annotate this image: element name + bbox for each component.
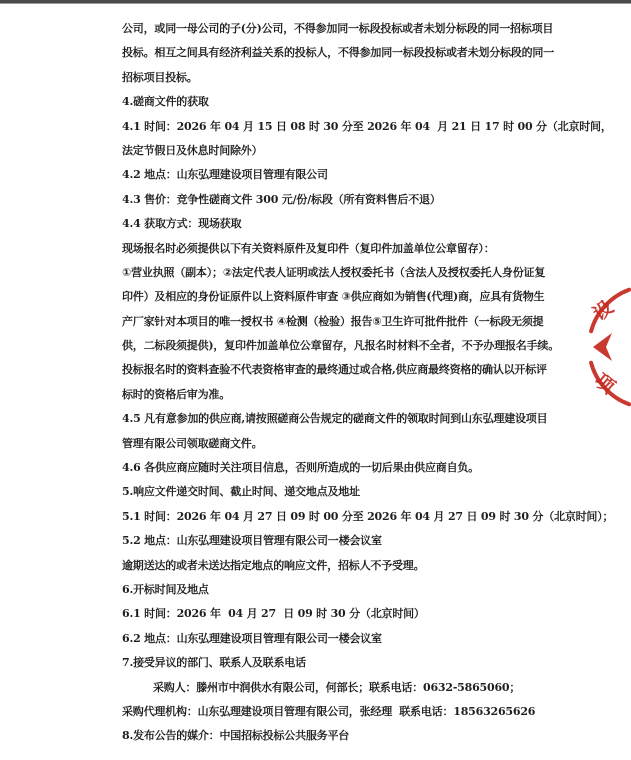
document-text-line: 5.响应文件递交时间、截止时间、递交地点及地址	[122, 480, 582, 504]
seal-ring-arc-bottom	[591, 363, 629, 405]
seal-character-fragment-bottom: 项	[590, 369, 619, 399]
document-text-line: ①营业执照（副本）；②法定代表人证明或法人授权委托书（含法人及授权委托人身份证复	[122, 261, 582, 285]
document-text-line: 逾期送达的或者未送达指定地点的响应文件，招标人不予受理。	[122, 554, 582, 578]
document-text-line: 投标。相互之间具有经济利益关系的投标人，不得参加同一标段投标或者未划分标段的同一	[122, 41, 582, 65]
document-text-line: 5.2 地点：山东弘理建设项目管理有限公司一楼会议室	[122, 529, 582, 553]
document-text-line: 采购代理机构：山东弘理建设项目管理有限公司，张经理 联系电话：185632656…	[122, 700, 582, 724]
document-text-line: 标时的资格后审为准。	[122, 383, 582, 407]
document-text-line: 供，二标段须提供)，复印件加盖单位公章留存，凡报名时材料不全者，不予办理报名手续…	[122, 334, 582, 358]
document-text-line: 4.磋商文件的获取	[122, 90, 582, 114]
document-body: 公司，或同一母公司的子(分)公司，不得参加同一标段投标或者未划分标段的同一招标项…	[122, 17, 582, 749]
page-top-border	[0, 0, 631, 4]
document-text-line: 4.4 获取方式：现场获取	[122, 212, 582, 236]
seal-star-icon	[593, 333, 612, 361]
document-text-line: 管理有限公司领取磋商文件。	[122, 432, 582, 456]
document-text-line: 8.发布公告的媒介：中国招标投标公共服务平台	[122, 724, 582, 748]
document-text-line: 7.接受异议的部门、联系人及联系电话	[122, 651, 582, 675]
document-text-line: 6.开标时间及地点	[122, 578, 582, 602]
document-text-line: 4.2 地点：山东弘理建设项目管理有限公司	[122, 163, 582, 187]
document-text-line: 法定节假日及休息时间除外）	[122, 139, 582, 163]
document-text-line: 4.3 售价：竞争性磋商文件 300 元/份/标段（所有资料售后不退）	[122, 188, 582, 212]
document-text-line: 4.5 凡有意参加的供应商,请按照磋商公告规定的磋商文件的领取时间到山东弘理建设…	[122, 407, 582, 431]
document-text-line: 6.1 时间：2026 年 04 月 27 日 09 时 30 分（北京时间）	[122, 602, 582, 626]
document-text-line: 5.1 时间：2026 年 04 月 27 日 09 时 00 分至 2026 …	[122, 505, 582, 529]
document-text-line: 印件）及相应的身份证原件以上资料原件审查 ③供应商如为销售(代理)商，应具有货物…	[122, 285, 582, 309]
document-text-line: 招标项目投标。	[122, 66, 582, 90]
document-text-line: 公司，或同一母公司的子(分)公司，不得参加同一标段投标或者未划分标段的同一招标项…	[122, 17, 582, 41]
document-text-line: 4.1 时间：2026 年 04 月 15 日 08 时 30 分至 2026 …	[122, 115, 582, 139]
document-text-line: 4.6 各供应商应随时关注项目信息，否则所造成的一切后果由供应商自负。	[122, 456, 582, 480]
document-text-line: 产厂家针对本项目的唯一授权书 ④检测（检验）报告⑤卫生许可批件批件（一标段无须提	[122, 310, 582, 334]
seal-ring-arc-top	[591, 290, 629, 332]
document-text-line: 6.2 地点：山东弘理建设项目管理有限公司一楼会议室	[122, 627, 582, 651]
document-text-line: 现场报名时必须提供以下有关资料原件及复印件（复印件加盖单位公章留存）：	[122, 237, 582, 261]
document-text-line: 投标报名时的资料查验不代表资格审查的最终通过或合格,供应商最终资格的确认以开标评	[122, 358, 582, 382]
document-page: 公司，或同一母公司的子(分)公司，不得参加同一标段投标或者未划分标段的同一招标项…	[0, 0, 631, 760]
seal-character-fragment-top: 设	[588, 295, 617, 325]
document-text-line: 采购人：滕州市中润供水有限公司，何部长；联系电话：0632-5865060；	[122, 676, 582, 700]
